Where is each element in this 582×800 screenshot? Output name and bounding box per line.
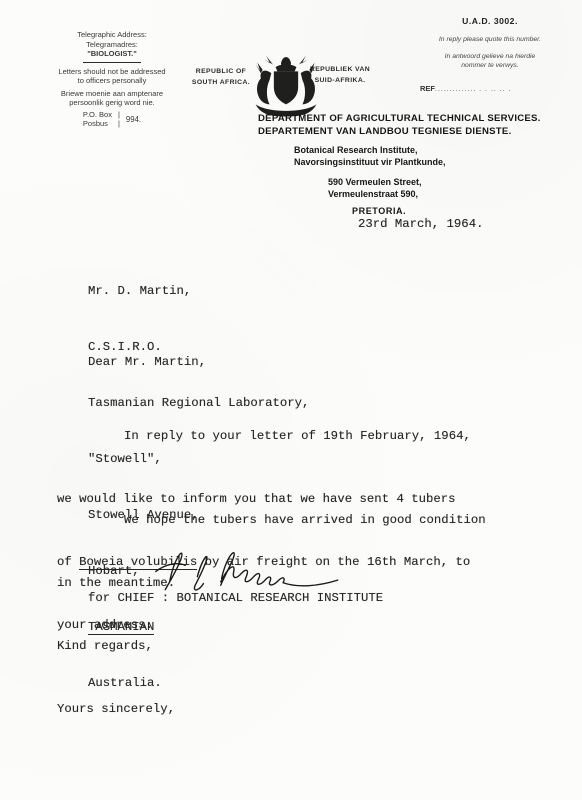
scanned-letter-page: Telegraphic Address: Telegramadres: "BIO… — [0, 0, 582, 800]
po-box-en: P.O. Box — [83, 110, 112, 120]
street-lines: 590 Vermeulen Street, Vermeulenstraat 59… — [328, 177, 422, 200]
south-africa: SOUTH AFRICA. — [188, 77, 254, 88]
po-box-bar-1: | — [118, 110, 120, 120]
telegraph-line-af: Telegramadres: — [48, 40, 176, 50]
letters-note-en-2: to officers personally — [48, 76, 176, 86]
telegraph-line-en: Telegraphic Address: — [48, 30, 176, 40]
po-box-bar-2: | — [118, 119, 120, 129]
ref-line: REF.............. . . .. .. . — [420, 78, 560, 96]
recipient-name: Mr. D. Martin, — [88, 284, 309, 298]
letters-note-af-1: Briewe moenie aan amptenare — [48, 89, 176, 99]
reference-block: U.A.D. 3002. In reply please quote this … — [420, 16, 560, 96]
signer-line: for CHIEF : BOTANICAL RESEARCH INSTITUTE — [88, 588, 383, 609]
republic-label-en: REPUBLIC OF SOUTH AFRICA. — [188, 66, 254, 88]
institute-lines: Botanical Research Institute, Navorsings… — [294, 145, 446, 168]
paragraph-2: We hope the tubers have arrived in good … — [57, 468, 486, 762]
kind-regards: Kind regards, — [57, 636, 486, 657]
department-heading: DEPARTMENT OF AGRICULTURAL TECHNICAL SER… — [258, 112, 558, 138]
letters-note-af-2: persoonlik gerig word nie. — [48, 98, 176, 108]
institute-af: Navorsingsinstituut vir Plantkunde, — [294, 157, 446, 169]
po-box-block: P.O. Box Posbus | | 994. — [48, 110, 176, 129]
ref-dotted-line: .............. . . .. .. . — [435, 86, 512, 93]
ref-label: REF — [420, 84, 435, 93]
department-line-af: DEPARTEMENT VAN LANDBOU TEGNIESE DIENSTE… — [258, 125, 558, 138]
department-line-en: DEPARTMENT OF AGRICULTURAL TECHNICAL SER… — [258, 112, 558, 125]
uad-number: U.A.D. 3002. — [420, 16, 560, 26]
republic-of: REPUBLIC OF — [188, 66, 254, 77]
divider-rule — [83, 62, 141, 63]
yours-sincerely: Yours sincerely, — [57, 699, 486, 720]
po-box-af: Posbus — [83, 119, 112, 129]
telegraph-address-block: Telegraphic Address: Telegramadres: "BIO… — [48, 30, 176, 129]
po-box-number: 994. — [126, 115, 141, 124]
p2-line-1: We hope the tubers have arrived in good … — [57, 510, 486, 531]
quote-note-af-2: nommer te verwys. — [420, 61, 560, 70]
institute-en: Botanical Research Institute, — [294, 145, 446, 157]
quote-note-af-1: In antwoord gelieve na hierdie — [420, 52, 560, 61]
p1-line-1: In reply to your letter of 19th February… — [57, 426, 471, 447]
telegraph-name: "BIOLOGIST." — [48, 49, 176, 59]
street-en: 590 Vermeulen Street, — [328, 177, 422, 189]
signature-handwritten-icon — [130, 542, 360, 594]
street-af: Vermeulenstraat 590, — [328, 189, 422, 201]
quote-note-en: In reply please quote this number. — [420, 35, 560, 44]
salutation: Dear Mr. Martin, — [88, 352, 206, 373]
letters-note-en-1: Letters should not be addressed — [48, 67, 176, 77]
letter-date: 23rd March, 1964. — [358, 214, 483, 235]
